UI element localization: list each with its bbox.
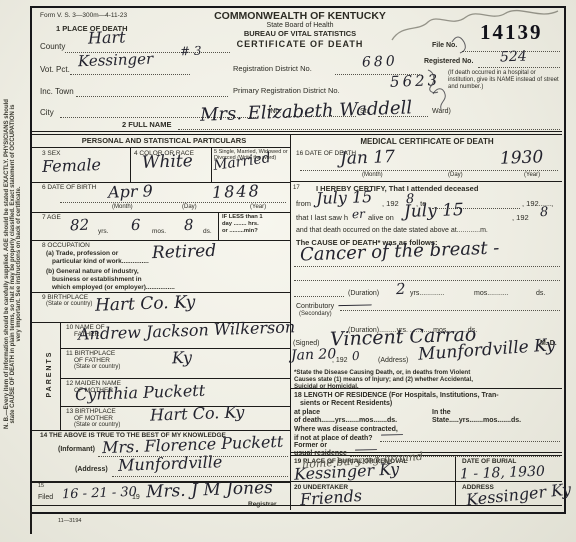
bureau-subtitle: BUREAU OF VITAL STATISTICS	[180, 30, 420, 39]
age-days-value: 8	[184, 218, 194, 233]
plate-code: 11—3194	[58, 518, 81, 524]
cell-divider	[455, 455, 456, 505]
age-yrs-label: yrs.	[98, 228, 108, 235]
registered-no-line	[478, 67, 560, 68]
if-less-line1: IF LESS than 1	[222, 214, 263, 221]
age-months-value: 6	[131, 218, 141, 233]
signature-address-label: (Address)	[378, 357, 408, 365]
dob-month-sub: (Month)	[112, 204, 133, 211]
informant-address-value: Munfordville	[118, 454, 223, 474]
cause-line-1	[294, 266, 560, 267]
vot-pct-number: # 3	[180, 45, 202, 58]
signature-year-digit: 0	[352, 350, 360, 362]
cell-divider	[211, 147, 212, 182]
mother-birthplace-sub: (State or country)	[74, 422, 120, 429]
parents-vertical-label: PARENTS	[46, 334, 54, 414]
date-of-death-year: 1930	[500, 149, 544, 167]
filed-number: 15	[38, 483, 44, 489]
dod-month-sub: (Month)	[362, 172, 383, 179]
personal-section-title: PERSONAL AND STATISTICAL PARTICULARS	[38, 137, 290, 146]
header-title-block: COMMONWEALTH OF KENTUCKY State Board of …	[180, 10, 420, 49]
certificate-number-stamp: 14139	[480, 20, 543, 45]
to-192-label: , 192......,	[522, 200, 553, 209]
form-number: Form V. S. 3—300m—4-11-23	[40, 12, 127, 19]
date-of-death-monthday: Jan 17	[340, 149, 395, 168]
death-occurred-label: and that death occurred on the date stat…	[296, 227, 488, 235]
ward-label: Ward)	[432, 108, 451, 116]
dob-day-sub: (Day)	[182, 204, 197, 211]
contributory-line	[340, 310, 560, 311]
full-name-line	[178, 129, 560, 130]
filed-label: Filed	[38, 494, 53, 502]
contributory-label: Contributory	[296, 303, 334, 311]
row-line	[32, 147, 290, 148]
registered-no-value: 524	[500, 50, 527, 65]
dod-day-sub: (Day)	[448, 172, 463, 179]
vot-pct-value: Kessinger	[78, 52, 154, 70]
registration-district-value: 680	[362, 54, 398, 69]
father-birthplace-value: Ky	[172, 350, 193, 367]
at-place-line2: of death.......yrs.......mos.......ds.	[294, 417, 397, 425]
duration-years-value: 2	[396, 282, 406, 297]
section-top-rule-1	[32, 131, 562, 132]
parents-divider	[60, 322, 61, 430]
row-line	[291, 181, 562, 182]
frame-left-spur	[30, 510, 32, 534]
occupation-label: 8 OCCUPATION	[42, 242, 90, 249]
saw-192-label: , 192	[512, 214, 529, 223]
age-years-value: 82	[70, 218, 90, 234]
inc-town-label: Inc. Town	[40, 87, 74, 96]
occupation-value: Retired	[152, 243, 217, 262]
registration-district-label: Registration District No.	[233, 65, 312, 74]
age-ds-label: ds.	[203, 228, 212, 235]
county-value: Hart	[88, 29, 126, 46]
if-less-line3: or .........min?	[222, 228, 258, 235]
signature-date: Jan 20	[291, 347, 337, 363]
section-top-rule-2	[32, 134, 562, 135]
in-the-line2: State.....yrs.......mos.......ds.	[432, 417, 521, 425]
row-line	[60, 378, 290, 379]
margin-note-line: very important. See instructions on back…	[16, 0, 22, 529]
full-name-label: 2 FULL NAME	[122, 121, 171, 130]
last-saw-date: July 15	[404, 202, 464, 221]
in-the-line1: In the	[432, 409, 451, 417]
inc-town-line	[76, 96, 228, 97]
primary-registration-label: Primary Registration District No.	[233, 87, 340, 96]
residence-label-line1: 18 LENGTH OF RESIDENCE (For Hospitals, I…	[294, 392, 499, 400]
race-value: White	[142, 153, 193, 172]
vot-pct-label: Vot. Pct.	[40, 65, 70, 74]
age-mos-label: mos.	[152, 228, 166, 235]
duration-yrs-label: yrs.............	[410, 290, 445, 298]
registered-no-label: Registered No.	[424, 58, 473, 66]
undertaker-value: Friends	[300, 488, 363, 508]
filed-date-value: 16 - 21 - 30	[62, 486, 137, 502]
contracted-line	[380, 441, 560, 442]
mother-birthplace-value: Hart Co. Ky	[150, 404, 245, 423]
dob-year-value: 1848	[212, 183, 261, 201]
medical-section-title: MEDICAL CERTIFICATE OF DEATH	[292, 137, 562, 146]
city-label: City	[40, 108, 54, 117]
residence-label-line2: sients or Recent Residents)	[300, 400, 392, 408]
from-label: from	[296, 200, 311, 209]
from-192-label: , 192	[382, 200, 399, 209]
dob-monthday-value: Apr 9	[108, 183, 153, 201]
cell-divider	[130, 147, 131, 182]
occupation-a-line1: (a) Trade, profession or	[46, 250, 118, 257]
occupation-a-line2: particular kind of work...............	[52, 258, 149, 265]
alive-on-label: alive on	[368, 214, 394, 223]
primary-registration-value: 5623	[390, 73, 441, 90]
cause-line-2	[294, 280, 560, 281]
row-line	[32, 430, 290, 431]
informant-label: (Informant)	[58, 446, 95, 454]
last-saw-pre-label: that I last saw h	[296, 214, 348, 223]
cell-divider	[218, 212, 219, 240]
mother-name-value: Cynthia Puckett	[75, 383, 206, 404]
saw-year-digit: 8	[540, 206, 549, 219]
contracted-dash-mark: —	[380, 428, 405, 440]
sex-value: Female	[42, 157, 102, 175]
attended-from-date: July 15	[316, 189, 373, 207]
footnote-line3: Suicidal or Homicidal.	[294, 383, 359, 390]
registrar-label: Registrar	[248, 501, 277, 508]
county-label: County	[40, 42, 65, 51]
hospital-note: (If death occurred in a hospital or inst…	[448, 70, 562, 92]
death-certificate-scan: N. B.—Every item of information should b…	[0, 0, 576, 542]
row-line	[32, 212, 290, 213]
vot-pct-line	[70, 74, 190, 75]
certificate-title: CERTIFICATE OF DEATH	[180, 39, 420, 49]
filed-19-label: 19	[132, 494, 140, 502]
informant-address-label: (Address)	[75, 466, 108, 474]
signature-19-label: , 192	[332, 357, 348, 365]
occupation-b-line3: which employed (or employer)............…	[52, 284, 175, 291]
birthplace-sub: (State or country)	[46, 301, 92, 308]
registrar-signature: Mrs. J M Jones	[146, 480, 273, 501]
dob-year-sub: (Year)	[250, 204, 266, 211]
burial-date-value: 1 - 18, 1930	[460, 465, 545, 482]
informant-address-line	[112, 476, 288, 477]
secondary-label: (Secondary)	[299, 311, 332, 318]
age-label: 7 AGE	[42, 214, 61, 221]
duration-mos-label: mos...........	[474, 290, 509, 298]
birthplace-value: Hart Co. Ky	[95, 294, 196, 314]
date-of-death-line	[300, 170, 558, 171]
last-saw-er: er	[352, 208, 365, 220]
at-place-line1: at place	[294, 409, 320, 417]
file-no-label: File No.	[432, 42, 457, 50]
certify-number: 17	[293, 185, 300, 192]
dob-label: 6 DATE OF BIRTH	[42, 184, 96, 191]
father-birthplace-sub: (State or country)	[74, 364, 120, 371]
if-less-line2: day ........ hrs.	[222, 221, 259, 228]
former-line1: Former or	[294, 442, 327, 450]
row-line	[32, 240, 290, 241]
margin-instructions: N. B.—Every item of information should b…	[4, 0, 26, 529]
dob-line	[60, 202, 286, 203]
dod-year-sub: (Year)	[524, 172, 540, 179]
occupation-b-line2: business or establishment in	[52, 276, 142, 283]
occupation-b-line1: (b) General nature of industry,	[46, 268, 139, 275]
commonwealth-title: COMMONWEALTH OF KENTUCKY	[180, 10, 420, 22]
duration-ds-label: ds.	[536, 290, 545, 298]
